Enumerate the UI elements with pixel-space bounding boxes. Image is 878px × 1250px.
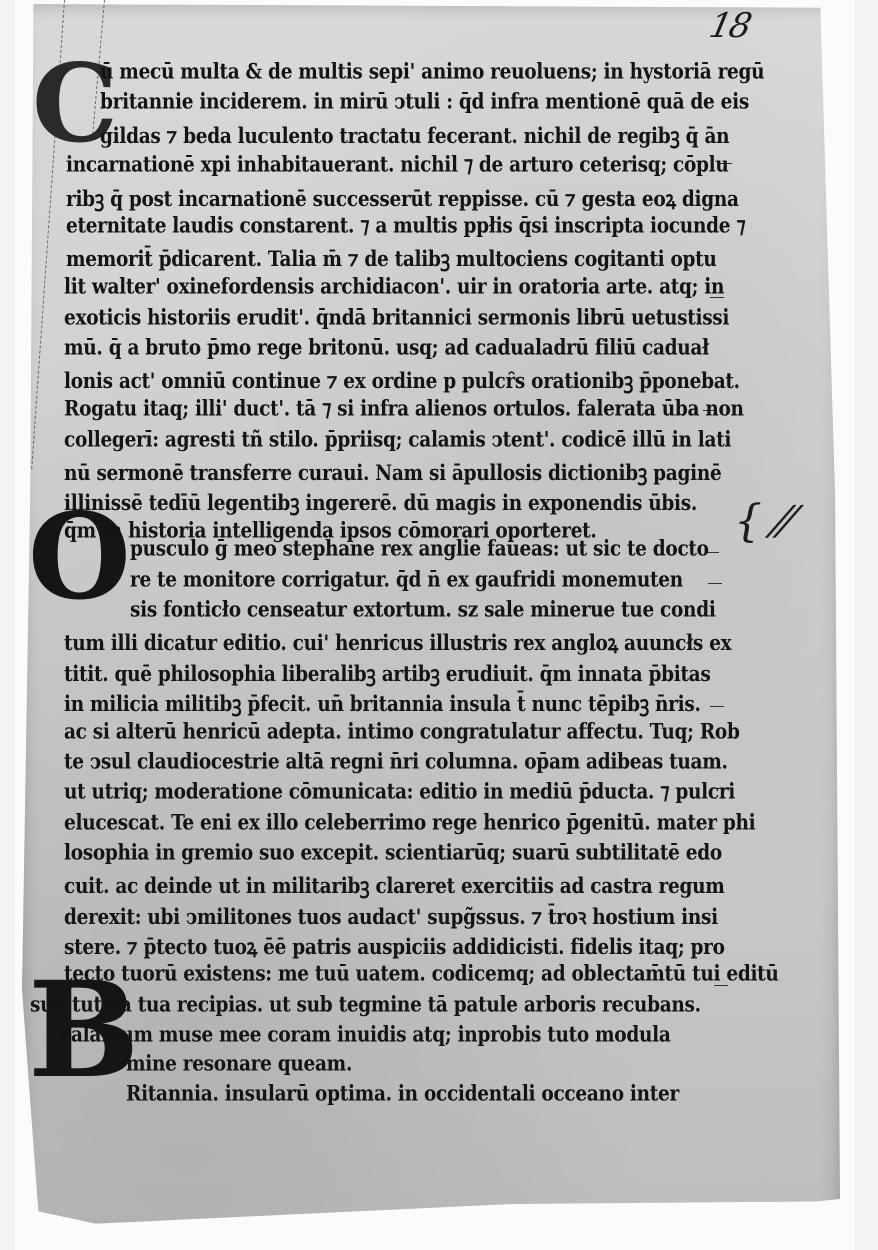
text-line: stere. ⁊ p̄tecto tuoꝝ ēē patris auspicii… xyxy=(64,932,725,961)
text-line: Ritannia. insularū optima. in occidental… xyxy=(126,1082,679,1106)
text-line: re te monitore corrigatur. q̄d n̄ ex gau… xyxy=(130,568,683,592)
text-line: ac si alterū henricū adepta. intimo cong… xyxy=(64,720,740,744)
text-line: tecto tuorū existens: me tuū uatem. codi… xyxy=(64,962,779,986)
text-line: gildas ⁊ beda luculento tractatu feceran… xyxy=(100,121,729,150)
text-line: titit. quē philosophia liberalibꝫ artibꝫ… xyxy=(64,659,711,688)
text-line: mū. q̄ a bruto p̄mo rege britonū. usq; a… xyxy=(64,336,709,360)
text-line: ut utriq; moderatione cōmunicata: editio… xyxy=(64,780,735,804)
text-line: sub tutela tua recipias. ut sub tegmine … xyxy=(30,993,701,1017)
text-line: mine resonare queam. xyxy=(126,1052,352,1076)
text-line: tum illi dicatur editio. cui' henricus i… xyxy=(64,628,731,657)
text-line: derexit: ubi ↄmilitones tuos audact' sup… xyxy=(64,902,718,931)
text-line: ribꝫ q̄ post incarnationē successerūt re… xyxy=(66,184,739,213)
text-line: elucescat. Te eni ex illo celeberrimo re… xyxy=(64,811,755,835)
text-line: collegerī: agresti tñ stilo. p̄priisq; c… xyxy=(64,428,731,452)
text-line: incarnationē xpi inhabitauerant. nichil … xyxy=(66,153,729,177)
text-line: exoticis historiis erudit'. q̄ndā britan… xyxy=(64,306,729,330)
text-line: losophia in gremio suo excepit. scientia… xyxy=(64,841,722,865)
text-line: te ↄsul claudiocestrie altā regni n̄ri c… xyxy=(64,750,728,774)
text-line: calamum muse mee coram inuidis atq; inpr… xyxy=(60,1023,671,1047)
text-line: britannie inciderem. in mirū ↄtuli : q̄d… xyxy=(100,90,749,114)
text-line: Rogatu itaq; illi' duct'. tā ⁊ si infra … xyxy=(64,397,744,421)
text-line: illinissē tedīū legentibꝫ ingererē. dū m… xyxy=(64,488,697,517)
text-line: nū sermonē transferre curaui. Nam si āpu… xyxy=(64,458,721,487)
text-line: sis fonticło censeatur extortum. sz sale… xyxy=(130,598,716,622)
text-line: lonis act' omniū continue ⁊ ex ordine p … xyxy=(64,366,740,395)
text-line: pusculo ḡ meo stephane rex anglie faueas… xyxy=(130,537,709,561)
manuscript-text: ū mecū multa & de multis sepi' animo reu… xyxy=(0,0,878,1250)
text-line: ū mecū multa & de multis sepi' animo reu… xyxy=(100,60,764,84)
text-line: eternitate laudis constarent. ⁊ a multis… xyxy=(66,214,745,238)
text-line: memorit̄ p̄dicarent. Talia m̄ ⁊ de talib… xyxy=(66,244,717,273)
text-line: lit walter' oxinefordensis archidiacon'.… xyxy=(64,275,724,299)
text-line: cuit. ac deinde ut in militaribꝫ clarere… xyxy=(64,871,725,900)
text-line: in milicia militibꝫ p̄fecit. un̄ britann… xyxy=(64,689,701,718)
